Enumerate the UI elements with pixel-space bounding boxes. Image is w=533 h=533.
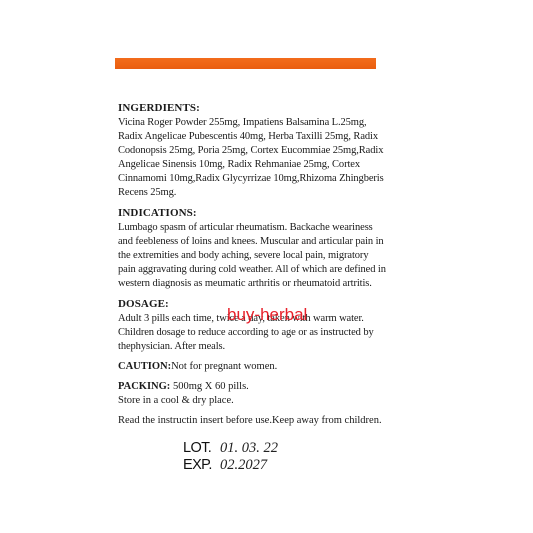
packing-section: PACKING: 500mg X 60 pills. Store in a co…: [118, 380, 368, 408]
lot-value: 01. 03. 22: [220, 440, 278, 457]
notice-text: Read the instructin insert before use.Ke…: [118, 414, 368, 428]
orange-header-bar: [115, 58, 376, 69]
caution-label: CAUTION:: [118, 361, 171, 372]
watermark-text: buy-herbal: [227, 305, 307, 325]
ingredients-line: Recens 25mg.: [118, 186, 368, 200]
indications-heading: INDICATIONS:: [118, 206, 368, 220]
indications-line: and feebleness of loins and knees. Muscu…: [118, 235, 368, 249]
ingredients-line: Angelicae Sinensis 10mg, Radix Rehmaniae…: [118, 158, 368, 172]
indications-line: pain aggravating during cold weather. Al…: [118, 263, 368, 277]
storage-text: Store in a cool & dry place.: [118, 394, 368, 408]
dosage-line: Children dosage to reduce according to a…: [118, 326, 368, 340]
lot-row: LOT. 01. 03. 22: [183, 440, 278, 457]
ingredients-section: INGERDIENTS: Vicina Roger Powder 255mg, …: [118, 101, 368, 200]
label-content: INGERDIENTS: Vicina Roger Powder 255mg, …: [118, 101, 368, 434]
exp-row: EXP. 02.2027: [183, 457, 278, 474]
caution-section: CAUTION:Not for pregnant women.: [118, 360, 368, 374]
indications-line: the extremities and body aching, severe …: [118, 249, 368, 263]
indications-text: Lumbago spasm of articular rheumatism. B…: [118, 221, 368, 291]
exp-value: 02.2027: [220, 457, 267, 474]
exp-label: EXP.: [183, 457, 220, 474]
packing-label: PACKING:: [118, 381, 170, 392]
ingredients-text: Vicina Roger Powder 255mg, Impatiens Bal…: [118, 116, 368, 200]
ingredients-line: Cinnamomi 10mg,Radix Glycyrrizae 10mg,Rh…: [118, 172, 368, 186]
ingredients-heading: INGERDIENTS:: [118, 101, 368, 115]
ingredients-line: Radix Angelicae Pubescentis 40mg, Herba …: [118, 130, 368, 144]
caution-text: Not for pregnant women.: [171, 361, 277, 372]
dosage-line: thephysician. After meals.: [118, 340, 368, 354]
lot-label: LOT.: [183, 440, 220, 457]
indications-line: Lumbago spasm of articular rheumatism. B…: [118, 221, 368, 235]
lot-exp-stamp: LOT. 01. 03. 22 EXP. 02.2027: [183, 440, 278, 474]
indications-section: INDICATIONS: Lumbago spasm of articular …: [118, 206, 368, 291]
indications-line: western diagnosis as meumatic arthritis …: [118, 277, 368, 291]
ingredients-line: Vicina Roger Powder 255mg, Impatiens Bal…: [118, 116, 368, 130]
ingredients-line: Codonopsis 25mg, Poria 25mg, Cortex Euco…: [118, 144, 368, 158]
packing-text: 500mg X 60 pills.: [170, 381, 248, 392]
